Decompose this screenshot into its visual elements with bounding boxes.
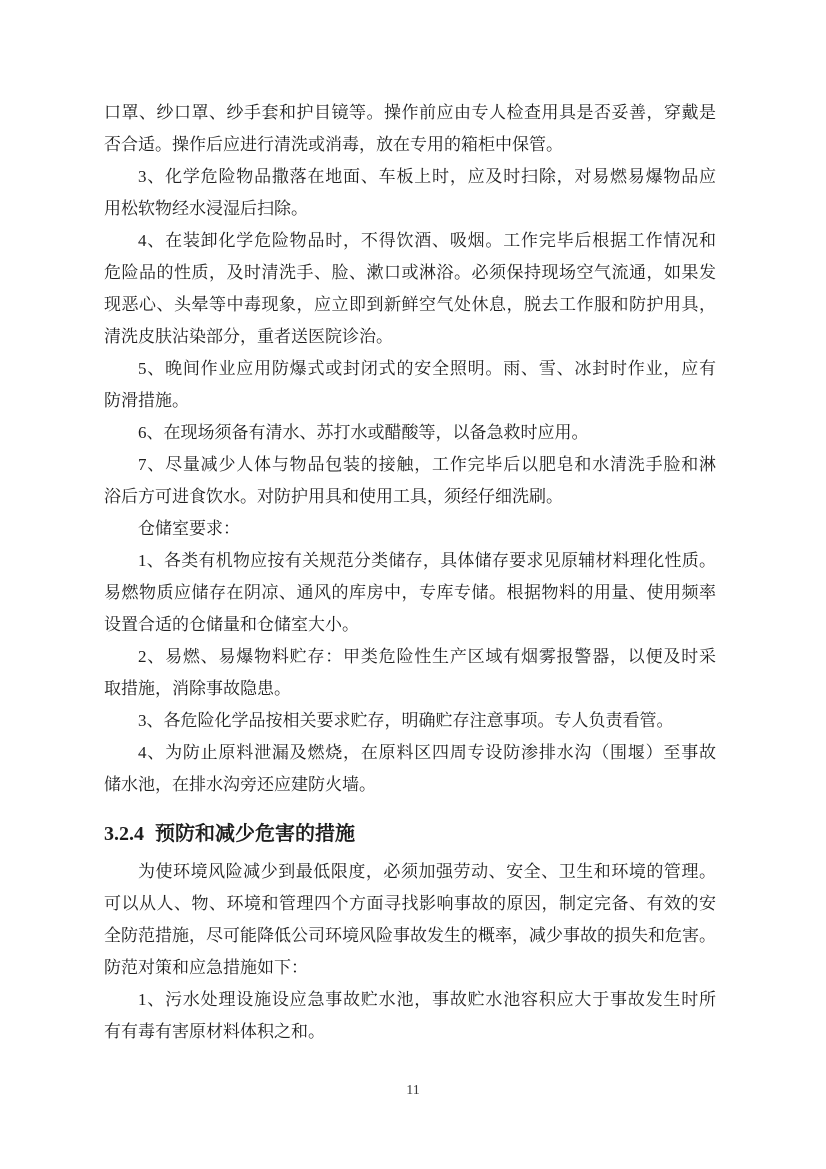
text-line: 清洗皮肤沾染部分，重者送医院诊治。 bbox=[104, 321, 716, 353]
text-line: 用松软物经水浸湿后扫除。 bbox=[104, 193, 716, 225]
document-page: 口罩、纱口罩、纱手套和护目镜等。操作前应由专人检查用具是否妥善，穿戴是 否合适。… bbox=[0, 0, 826, 1169]
text-line: 6、在现场须备有清水、苏打水或醋酸等，以备急救时应用。 bbox=[104, 417, 716, 449]
text-line: 3、化学危险物品撒落在地面、车板上时，应及时扫除，对易燃易爆物品应 bbox=[104, 161, 716, 193]
text-line: 2、易燃、易爆物料贮存：甲类危险性生产区域有烟雾报警器，以便及时采 bbox=[104, 641, 716, 673]
text-line: 浴后方可进食饮水。对防护用具和使用工具，须经仔细洗刷。 bbox=[104, 481, 716, 513]
text-line: 取措施，消除事故隐患。 bbox=[104, 673, 716, 705]
text-line: 储水池，在排水沟旁还应建防火墙。 bbox=[104, 769, 716, 801]
text-line: 仓储室要求： bbox=[104, 513, 716, 545]
text-line: 5、晚间作业应用防爆式或封闭式的安全照明。雨、雪、冰封时作业，应有 bbox=[104, 353, 716, 385]
text-line: 现恶心、头晕等中毒现象，应立即到新鲜空气处休息，脱去工作服和防护用具， bbox=[104, 289, 716, 321]
section-heading: 3.2.4 预防和减少危害的措施 bbox=[104, 818, 716, 850]
text-line: 口罩、纱口罩、纱手套和护目镜等。操作前应由专人检查用具是否妥善，穿戴是 bbox=[104, 97, 716, 129]
text-line: 设置合适的仓储量和仓储室大小。 bbox=[104, 609, 716, 641]
text-line: 7、尽量减少人体与物品包装的接触，工作完毕后以肥皂和水清洗手脸和淋 bbox=[104, 449, 716, 481]
text-line: 可以从人、物、环境和管理四个方面寻找影响事故的原因，制定完备、有效的安 bbox=[104, 888, 716, 920]
text-line: 防范对策和应急措施如下： bbox=[104, 952, 716, 984]
text-line: 1、各类有机物应按有关规范分类储存，具体储存要求见原辅材料理化性质。 bbox=[104, 545, 716, 577]
text-line: 易燃物质应储存在阴凉、通风的库房中，专库专储。根据物料的用量、使用频率 bbox=[104, 577, 716, 609]
page-body: 口罩、纱口罩、纱手套和护目镜等。操作前应由专人检查用具是否妥善，穿戴是 否合适。… bbox=[104, 97, 716, 1048]
text-line: 防滑措施。 bbox=[104, 385, 716, 417]
text-line: 全防范措施，尽可能降低公司环境风险事故发生的概率，减少事故的损失和危害。 bbox=[104, 920, 716, 952]
text-line: 4、为防止原料泄漏及燃烧，在原料区四周专设防渗排水沟（围堰）至事故 bbox=[104, 737, 716, 769]
page-number: 11 bbox=[0, 1081, 826, 1101]
text-line: 3、各危险化学品按相关要求贮存，明确贮存注意事项。专人负责看管。 bbox=[104, 705, 716, 737]
text-line: 有有毒有害原材料体积之和。 bbox=[104, 1016, 716, 1048]
text-line: 危险品的性质，及时清洗手、脸、漱口或淋浴。必须保持现场空气流通，如果发 bbox=[104, 257, 716, 289]
text-line: 4、在装卸化学危险物品时，不得饮酒、吸烟。工作完毕后根据工作情况和 bbox=[104, 225, 716, 257]
text-line: 否合适。操作后应进行清洗或消毒，放在专用的箱柜中保管。 bbox=[104, 129, 716, 161]
text-line: 为使环境风险减少到最低限度，必须加强劳动、安全、卫生和环境的管理。 bbox=[104, 856, 716, 888]
text-line: 1、污水处理设施设应急事故贮水池，事故贮水池容积应大于事故发生时所 bbox=[104, 984, 716, 1016]
